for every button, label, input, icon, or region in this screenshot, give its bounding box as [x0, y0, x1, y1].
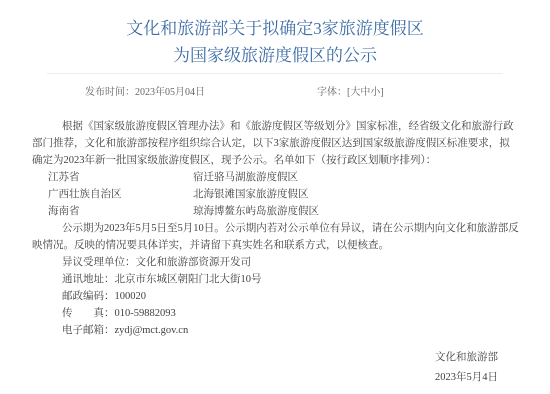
fax-line: 传 真：010-59882093	[32, 305, 520, 322]
resort-name: 北海银滩国家旅游度假区	[193, 186, 520, 203]
announcement-document: 文化和旅游部关于拟确定3家旅游度假区 为国家级旅游度假区的公示 发布时间：202…	[0, 0, 550, 394]
list-item: 广西壮族自治区 北海银滩国家旅游度假区	[32, 186, 520, 203]
page-title-line-2: 为国家级旅游度假区的公示	[0, 42, 550, 69]
resort-name: 琼海博鳌东屿岛旅游度假区	[193, 203, 520, 220]
notice-period-paragraph: 公示期为2023年5月5日至5月10日。公示期内若对公示单位有异议，请在公示期内…	[32, 220, 520, 254]
resort-region: 江苏省	[48, 169, 193, 186]
meta-row: 发布时间：2023年05月04日 字体：[大中小]	[0, 86, 550, 100]
resort-region: 广西壮族自治区	[48, 186, 193, 203]
resort-list: 江苏省 宿迁骆马湖旅游度假区 广西壮族自治区 北海银滩国家旅游度假区 海南省 琼…	[32, 169, 520, 220]
intro-paragraph: 根据《国家级旅游度假区管理办法》和《旅游度假区等级划分》国家标准，经省级文化和旅…	[32, 118, 520, 169]
page-title-line-1: 文化和旅游部关于拟确定3家旅游度假区	[0, 15, 550, 42]
publish-time: 发布时间：2023年05月04日	[85, 86, 205, 100]
signoff-date: 2023年5月4日	[32, 368, 498, 388]
publish-time-label: 发布时间：	[85, 87, 135, 98]
list-item: 海南省 琼海博鳌东屿岛旅游度假区	[32, 203, 520, 220]
font-size-switcher[interactable]: [大中小]	[347, 87, 384, 98]
publish-time-value: 2023年05月04日	[135, 87, 205, 98]
list-item: 江苏省 宿迁骆马湖旅游度假区	[32, 169, 520, 186]
objection-unit-line: 异议受理单位：文化和旅游部资源开发司	[32, 254, 520, 271]
font-size-widget: 字体：[大中小]	[317, 86, 384, 100]
resort-region: 海南省	[48, 203, 193, 220]
postcode-line: 邮政编码：100020	[32, 288, 520, 305]
title-divider	[47, 73, 503, 74]
page-title: 文化和旅游部关于拟确定3家旅游度假区 为国家级旅游度假区的公示	[0, 0, 550, 69]
resort-name: 宿迁骆马湖旅游度假区	[193, 169, 520, 186]
signoff-organization: 文化和旅游部	[32, 348, 498, 368]
email-line: 电子邮箱：zydj@mct.gov.cn	[32, 322, 520, 339]
signoff: 文化和旅游部 2023年5月4日	[32, 348, 520, 388]
document-body: 根据《国家级旅游度假区管理办法》和《旅游度假区等级划分》国家标准，经省级文化和旅…	[32, 118, 520, 388]
font-size-label: 字体：	[317, 87, 347, 98]
address-line: 通讯地址：北京市东城区朝阳门北大街10号	[32, 271, 520, 288]
